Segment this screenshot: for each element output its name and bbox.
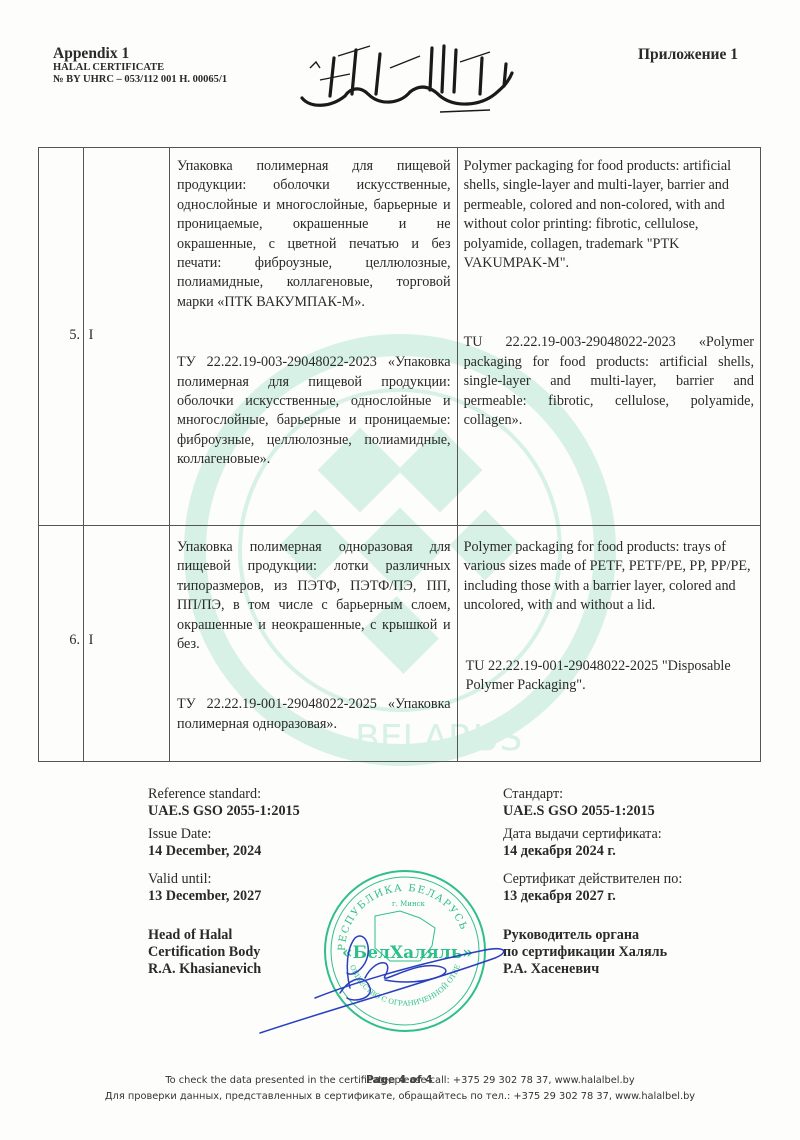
class-value: I	[89, 631, 94, 650]
issue-date-label: Issue Date:	[148, 826, 300, 843]
products-table: 5. I Упаковка полимерная для пищевой про…	[38, 147, 761, 762]
class-cell: I	[83, 148, 169, 526]
standard-label: Reference standard:	[148, 786, 300, 803]
ru-description: Упаковка полимерная для пищевой продукци…	[170, 148, 457, 312]
certificate-info-ru: Стандарт: UAE.S GSO 2055-1:2015 Дата выд…	[503, 786, 682, 978]
certificate-number: № BY UHRC – 053/112 001 H. 00065/1	[53, 74, 227, 86]
ru-description: Упаковка полимерная одноразовая для пище…	[170, 526, 457, 654]
en-standard: TU 22.22.19-003-29048022-2023 «Polymer p…	[458, 273, 760, 430]
table-row: 5. I Упаковка полимерная для пищевой про…	[39, 148, 761, 526]
standard-value: UAE.S GSO 2055-1:2015	[148, 803, 300, 820]
class-cell: I	[83, 526, 169, 762]
standard-label: Стандарт:	[503, 786, 682, 803]
row-number-cell: 6.	[39, 526, 84, 762]
standard-value: UAE.S GSO 2055-1:2015	[503, 803, 682, 820]
ru-description-cell: Упаковка полимерная одноразовая для пище…	[169, 526, 457, 762]
ru-standard: ТУ 22.22.19-001-29048022-2025 «Упаковка …	[170, 654, 457, 734]
ru-standard: ТУ 22.22.19-003-29048022-2023 «Упаковка …	[170, 312, 457, 469]
issue-date-value: 14 December, 2024	[148, 843, 300, 860]
issue-date-value: 14 декабря 2024 г.	[503, 843, 682, 860]
signatory-title-line2: по сертификации Халяль	[503, 944, 682, 961]
en-standard: TU 22.22.19-001-29048022-2025 "Disposabl…	[458, 616, 760, 696]
en-description-cell: Polymer packaging for food products: art…	[457, 148, 760, 526]
table-row: 6. I Упаковка полимерная одноразовая для…	[39, 526, 761, 762]
valid-until-label: Valid until:	[148, 871, 300, 888]
stamp-city: г. Минск	[392, 900, 426, 908]
appendix-header: Appendix 1 HALAL CERTIFICATE № BY UHRC –…	[53, 46, 227, 86]
appendix-title-ru: Приложение 1	[638, 46, 738, 64]
valid-until-value: 13 декабря 2027 г.	[503, 888, 682, 905]
class-value: I	[89, 326, 94, 345]
signatory-name: Р.А. Хасеневич	[503, 961, 682, 978]
row-number-cell: 5.	[39, 148, 84, 526]
appendix-title: Appendix 1	[53, 46, 227, 62]
en-description: Polymer packaging for food products: tra…	[458, 526, 760, 616]
en-description: Polymer packaging for food products: art…	[458, 148, 760, 273]
basmala-calligraphy-icon	[290, 28, 520, 118]
ru-description-cell: Упаковка полимерная для пищевой продукци…	[169, 148, 457, 526]
footer-contact-ru: Для проверки данных, представленных в се…	[0, 1091, 800, 1102]
certificate-type: HALAL CERTIFICATE	[53, 62, 227, 74]
row-number: 5.	[39, 326, 83, 345]
page-number: Page 4 of 4	[366, 1074, 433, 1086]
signatory-title-line1: Руководитель органа	[503, 927, 682, 944]
signature-icon	[255, 918, 515, 1038]
row-number: 6.	[39, 631, 83, 650]
valid-until-value: 13 December, 2027	[148, 888, 300, 905]
en-description-cell: Polymer packaging for food products: tra…	[457, 526, 760, 762]
valid-until-label: Сертификат действителен по:	[503, 871, 682, 888]
issue-date-label: Дата выдачи сертификата:	[503, 826, 682, 843]
